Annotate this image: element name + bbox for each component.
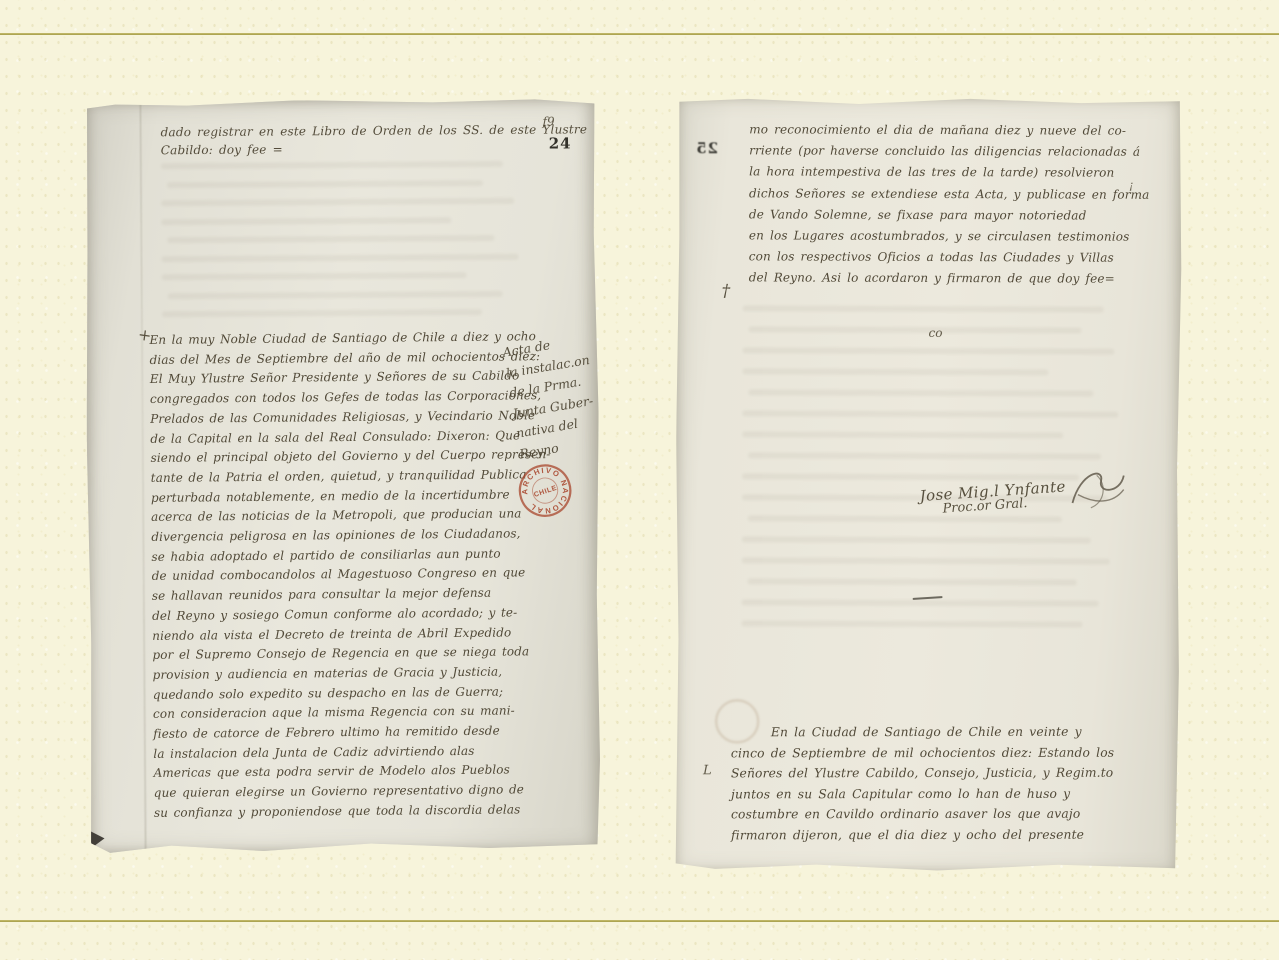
bleedthrough-line [742, 536, 1091, 543]
bleedthrough-line [161, 217, 451, 225]
dagger-cross-mark: † [722, 281, 731, 301]
handwritten-line: firmaron dijeron, que el dia diez y ocho… [731, 825, 1135, 846]
bleedthrough-line [161, 253, 518, 261]
bleedthrough-line [167, 235, 494, 243]
handwritten-line: su confianza y proponiendose que toda la… [154, 799, 606, 823]
left-page-header-text: dado registrar en este Libro de Orden de… [161, 120, 588, 159]
document-scan-board: dado registrar en este Libro de Orden de… [0, 0, 1279, 960]
handwritten-line: Señores del Ylustre Cabildo, Consejo, Ju… [731, 763, 1135, 784]
handwritten-line: en los Lugares acostumbrados, y se circu… [749, 225, 1151, 248]
margin-l-mark: L [703, 763, 712, 778]
bleedthrough-line [748, 578, 1077, 585]
handwritten-line: Cabildo: doy fee = [161, 138, 588, 159]
stamp-center-text: CHILE [533, 485, 558, 499]
bleedthrough-line [748, 452, 1101, 459]
handwritten-line: costumbre en Cavildo ordinario asaver lo… [731, 804, 1135, 825]
handwritten-line: del Reyno. Asi lo acordaron y firmaron d… [749, 268, 1151, 291]
bleedthrough-line [742, 410, 1118, 417]
bleedthrough-line [161, 161, 503, 169]
handwritten-line: En la Ciudad de Santiago de Chile en vei… [731, 722, 1135, 743]
bleedthrough-line [743, 305, 1104, 312]
mat-rule-line-top [0, 33, 1279, 35]
bleedthrough-line [749, 326, 1082, 333]
bleedthrough-line [742, 557, 1110, 564]
small-ink-scribble: co [929, 326, 943, 340]
bleedthrough-line [742, 620, 1083, 627]
manuscript-page-right: 25 mo reconocimiento el dia de mañana di… [675, 97, 1183, 873]
handwritten-line: mo reconocimiento el dia de mañana diez … [749, 119, 1151, 142]
ink-bleedthrough-lines [161, 161, 534, 330]
handwritten-line: la hora intempestiva de las tres de la t… [749, 162, 1151, 185]
handwritten-line: dichos Señores se extendiese esta Acta, … [749, 183, 1151, 206]
bleedthrough-line [167, 180, 483, 188]
bleedthrough-line [168, 290, 503, 298]
handwritten-line: con los respectivos Oficios a todas las … [749, 247, 1151, 270]
right-page-bottom-text: En la Ciudad de Santiago de Chile en vei… [731, 722, 1135, 846]
bleedthrough-line [162, 309, 482, 317]
margin-note-acta: Acta dela instalac.onde la Prma.Junta Gu… [501, 323, 639, 464]
bleedthrough-line [742, 599, 1099, 606]
bleedthrough-line [742, 347, 1114, 354]
handwritten-line: rriente (por haverse concluido las dilig… [749, 141, 1151, 164]
edge-ink-mark: ¡ [1129, 179, 1133, 192]
handwritten-line: de Vando Solemne, se fixase para mayor n… [749, 204, 1151, 227]
handwritten-line: dado registrar en este Libro de Orden de… [161, 120, 588, 141]
handwritten-line: cinco de Septiembre de mil ochocientos d… [731, 742, 1135, 763]
bleedthrough-line [748, 389, 1093, 396]
bleedthrough-line [162, 272, 467, 280]
page-fold-crease [139, 101, 146, 853]
handwritten-line: juntos en su Sala Capitular como lo han … [731, 783, 1135, 804]
bleedthrough-line [742, 431, 1063, 438]
mat-rule-line-bottom [0, 920, 1279, 922]
signature-rubric-flourish [1066, 461, 1131, 517]
manuscript-page-left: dado registrar en este Libro de Orden de… [84, 98, 601, 854]
right-page-top-text: mo reconocimiento el dia de mañana diez … [749, 119, 1152, 290]
bleedthrough-line [748, 515, 1062, 522]
page-number-24: 24 [549, 134, 572, 152]
bleedthrough-line [161, 198, 514, 206]
folio-mark: f9 [542, 115, 554, 129]
torn-edge-notch [89, 831, 104, 848]
page-number-25-mirrored: 25 [695, 139, 718, 157]
bleedthrough-line [742, 368, 1048, 375]
